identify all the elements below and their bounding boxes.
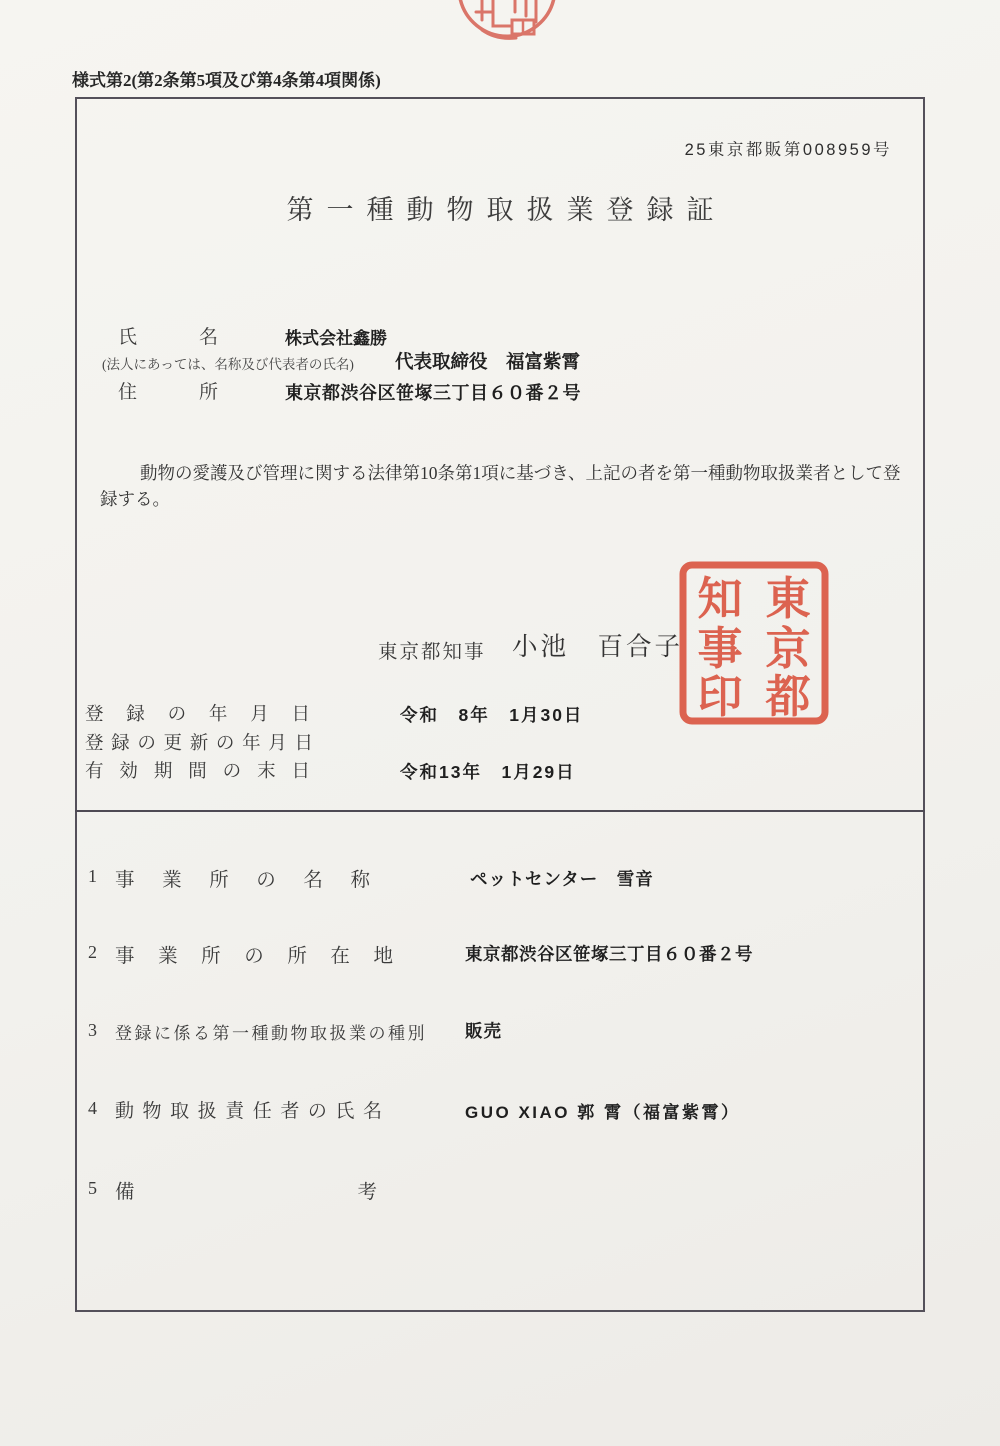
address-value: 東京都渋谷区笹塚三丁目６０番２号	[285, 379, 581, 405]
governor-name: 小池 百合子	[512, 627, 683, 663]
item-number: 2	[88, 942, 97, 963]
item-label-business-type: 登録に係る第一種動物取扱業の種別	[115, 1019, 427, 1044]
name-label: 氏名	[118, 322, 218, 349]
renewal-date-label: 登録の更新の年月日	[85, 729, 313, 755]
name-value: 株式会社鑫勝	[285, 324, 387, 349]
registration-number: 25東京都販第008959号	[685, 136, 892, 160]
registration-clause: 動物の愛護及び管理に関する法律第10条第1項に基づき、上記の者を第一種動物取扱業…	[100, 460, 906, 513]
form-label: 様式第2(第2条第5項及び第4条第4項関係)	[72, 66, 381, 91]
item-number: 1	[88, 866, 97, 887]
registration-date-label: 登録の年月日	[85, 700, 310, 726]
seal-char: 東	[765, 574, 810, 624]
section-divider	[75, 810, 925, 812]
item-label-handler-name: 動物取扱責任者の氏名	[115, 1096, 382, 1123]
top-round-seal-icon	[452, 0, 562, 58]
certificate-page: 様式第2(第2条第5項及び第4条第4項関係) 25東京都販第008959号 第一…	[0, 0, 1000, 1446]
certificate-title: 第一種動物取扱業登録証	[75, 188, 925, 227]
item-value-handler-name: GUO XIAO 郭 霄（福富紫霄）	[465, 1098, 740, 1123]
seal-char: 知	[697, 574, 742, 624]
item-label-remarks: 備考	[115, 1176, 377, 1204]
item-number: 5	[88, 1178, 97, 1199]
item-number: 4	[88, 1098, 97, 1119]
item-value-business-name: ペットセンター 雪音	[470, 866, 654, 891]
seal-char: 都	[764, 672, 810, 722]
item-value-business-type: 販売	[465, 1018, 502, 1043]
governor-square-seal-icon: 東 京 都 知 事 印	[678, 560, 830, 726]
representative-name: 代表取締役 福富紫霄	[395, 348, 580, 374]
seal-char: 事	[697, 624, 742, 674]
governor-title: 東京都知事	[378, 636, 486, 664]
expiry-date-value: 令和13年 1月29日	[400, 759, 576, 784]
address-label: 住所	[118, 377, 218, 404]
seal-char: 印	[697, 672, 742, 722]
item-value-business-address: 東京都渋谷区笹塚三丁目６０番２号	[465, 941, 753, 966]
item-label-business-name: 事業所の名称	[115, 864, 370, 892]
item-number: 3	[88, 1020, 97, 1041]
registration-date-value: 令和 8年 1月30日	[400, 702, 583, 727]
seal-char: 京	[765, 624, 810, 674]
expiry-date-label: 有効期間の末日	[85, 757, 310, 783]
corporate-note: (法人にあっては、名称及び代表者の氏名)	[102, 353, 354, 373]
item-label-business-address: 事業所の所在地	[115, 940, 393, 968]
